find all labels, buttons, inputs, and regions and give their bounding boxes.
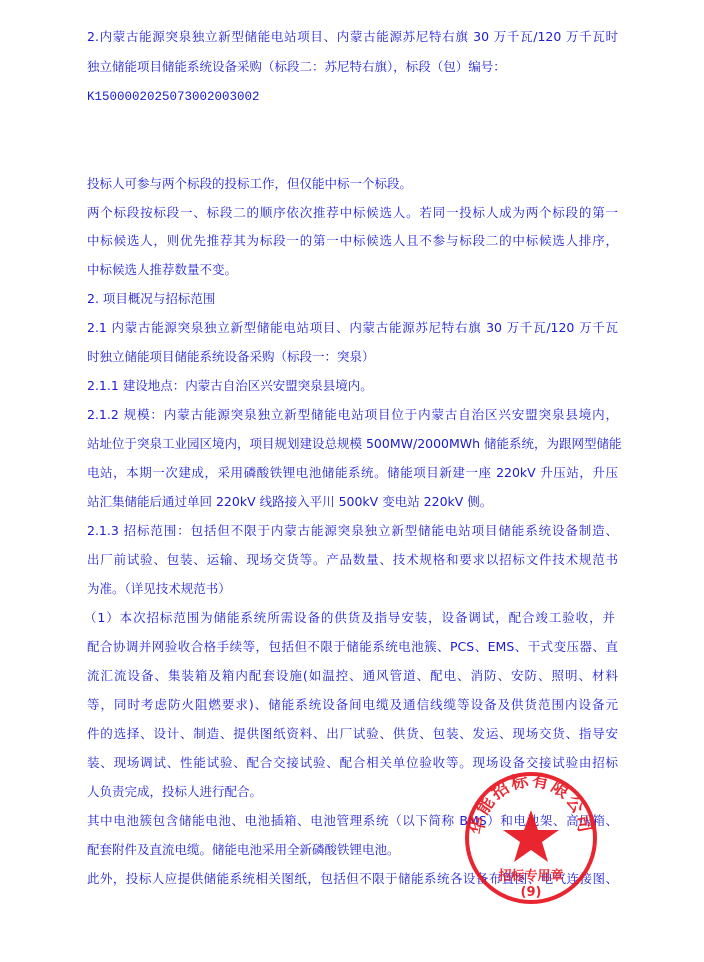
bidding-rule-line-2: 两个标段按标段一、标段二的顺序依次推荐中标候选人。若同一投标人成为两个标段的第一 <box>87 205 618 221</box>
scope-item-1-line-5: 件的选择、设计、制造、提供图纸资料、出厂试验、供货、包装、发运、现场交货、指导安 <box>87 726 618 742</box>
scope-item-1-line-1: （1）本次招标范围为储能系统所需设备的供货及指导安装，设备调试，配合竣工验收，并 <box>84 610 615 626</box>
bid-section-2-title-line-1: 2.内蒙古能源突泉独立新型储能电站项目、内蒙古能源苏尼特右旗 30 万千瓦/12… <box>87 29 618 45</box>
drawings-line-1: 此外，投标人应提供储能系统相关图纸，包括但不限于储能系统各设备布置图、电气连接图… <box>87 871 618 887</box>
section-2-1-heading-line-2: 时独立储能项目储能系统设备采购（标段一：突泉） <box>87 349 618 365</box>
scope-item-1-line-4: 等，同时考虑防火阻燃要求)、储能系统设备间电缆及通信线缆等设备及供货范围内设备元 <box>87 697 618 713</box>
section-2-1-2-scale-line-1: 2.1.2 规模：内蒙古能源突泉独立新型储能电站项目位于内蒙古自治区兴安盟突泉县… <box>87 407 618 423</box>
section-2-1-1-location: 2.1.1 建设地点：内蒙古自治区兴安盟突泉县境内。 <box>87 378 618 394</box>
scope-item-1-line-7: 人负责完成，投标人进行配合。 <box>87 784 618 800</box>
section-2-1-3-scope-line-1: 2.1.3 招标范围：包括但不限于内蒙古能源突泉独立新型储能电站项目储能系统设备… <box>87 523 618 539</box>
bidding-rule-line-1: 投标人可参与两个标段的投标工作，但仅能中标一个标段。 <box>87 176 618 192</box>
scope-item-1-line-6: 装、现场调试、性能试验、配合交接试验、配合相关单位验收等。现场设备交接试验由招标 <box>87 755 618 771</box>
bid-section-2-code: K1500002025073002003002 <box>87 89 618 105</box>
section-2-1-3-scope-line-2: 出厂前试验、包装、运输、现场交货等。产品数量、技术规格和要求以招标文件技术规范书 <box>87 552 618 568</box>
section-2-1-2-scale-line-3: 电站，本期一次建成，采用磷酸铁锂电池储能系统。储能项目新建一座 220kV 升压… <box>87 465 618 481</box>
battery-cluster-line-2: 配套附件及直流电缆。储能电池采用全新磷酸铁锂电池。 <box>87 842 618 858</box>
section-2-1-2-scale-line-4: 站汇集储能后通过单回 220kV 线路接入平川 500kV 变电站 220kV … <box>87 494 618 510</box>
section-2-heading: 2. 项目概况与招标范围 <box>87 291 618 307</box>
section-2-1-3-scope-line-3: 为准。（详见技术规范书） <box>87 581 618 597</box>
section-2-1-2-scale-line-2: 站址位于突泉工业园区境内，项目规划建设总规模 500MW/2000MWh 储能系… <box>87 436 618 452</box>
scope-item-1-line-3: 流汇流设备、集装箱及箱内配套设施(如温控、通风管道、配电、消防、安防、照明、材料 <box>87 668 618 684</box>
bidding-rule-line-3: 中标候选人，则优先推荐其为标段一的第一中标候选人且不参与标段二的中标候选人排序， <box>87 233 618 249</box>
scope-item-1-line-2: 配合协调并网验收合格手续等，包括但不限于储能系统电池簇、PCS、EMS、干式变压… <box>87 639 618 655</box>
battery-cluster-line-1: 其中电池簇包含储能电池、电池插箱、电池管理系统（以下简称 BMS）和电池架、高压… <box>87 813 618 829</box>
bidding-rule-line-4: 中标候选人推荐数量不变。 <box>87 262 618 278</box>
section-2-1-heading-line-1: 2.1 内蒙古能源突泉独立新型储能电站项目、内蒙古能源苏尼特右旗 30 万千瓦/… <box>87 320 618 336</box>
seal-number-text: (9) <box>521 885 542 900</box>
bid-section-2-title-line-2: 独立储能项目储能系统设备采购（标段二：苏尼特右旗），标段（包）编号： <box>87 59 618 75</box>
